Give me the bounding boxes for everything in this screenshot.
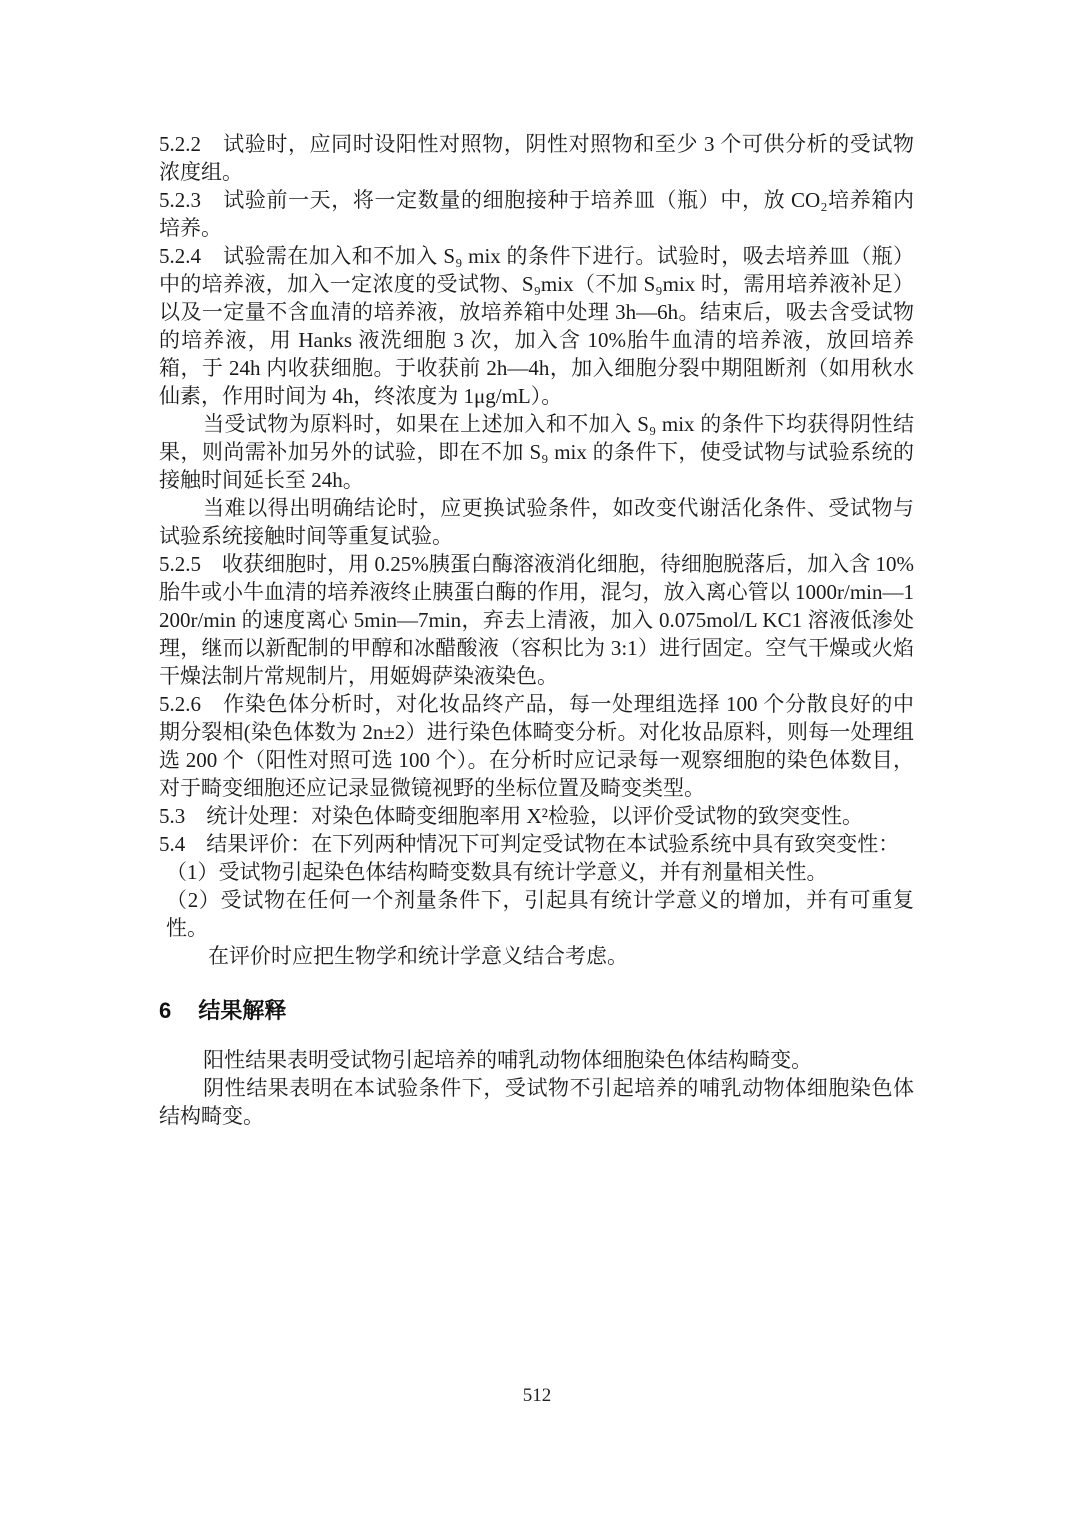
clause-5-2-4: 5.2.4 试验需在加入和不加入 S₉ mix 的条件下进行。试验时，吸去培养皿… xyxy=(159,242,914,410)
document-body: 5.2.2 试验时，应同时设阳性对照物，阴性对照物和至少 3 个可供分析的受试物… xyxy=(159,130,914,1130)
para-raw-material-note: 当受试物为原料时，如果在上述加入和不加入 S₉ mix 的条件下均获得阴性结果，… xyxy=(159,410,914,494)
clause-5-3: 5.3 统计处理：对染色体畸变细胞率用 X²检验，以评价受试物的致突变性。 xyxy=(159,802,914,830)
para-evaluation-note: 在评价时应把生物学和统计学意义结合考虑。 xyxy=(159,942,914,970)
para-positive-result: 阳性结果表明受试物引起培养的哺乳动物体细胞染色体结构畸变。 xyxy=(159,1046,914,1074)
section-6-heading: 6 结果解释 xyxy=(159,997,914,1025)
criterion-item-2: （2）受试物在任何一个剂量条件下，引起具有统计学意义的增加，并有可重复性。 xyxy=(159,886,914,942)
clause-5-2-3: 5.2.3 试验前一天，将一定数量的细胞接种于培养皿（瓶）中，放 CO₂培养箱内… xyxy=(159,186,914,242)
clause-5-4: 5.4 结果评价：在下列两种情况下可判定受试物在本试验系统中具有致突变性： xyxy=(159,830,914,858)
page-footer: 512 xyxy=(0,1383,1074,1409)
section-number: 6 xyxy=(159,997,171,1025)
section-title: 结果解释 xyxy=(198,998,286,1023)
clause-5-2-5: 5.2.5 收获细胞时，用 0.25%胰蛋白酶溶液消化细胞，待细胞脱落后，加入含… xyxy=(159,550,914,690)
clause-5-2-6: 5.2.6 作染色体分析时，对化妆品终产品，每一处理组选择 100 个分散良好的… xyxy=(159,690,914,802)
criterion-item-1: （1）受试物引起染色体结构畸变数具有统计学意义，并有剂量相关性。 xyxy=(159,858,914,886)
para-unclear-conclusion: 当难以得出明确结论时，应更换试验条件，如改变代谢活化条件、受试物与试验系统接触时… xyxy=(159,494,914,550)
para-negative-result: 阴性结果表明在本试验条件下，受试物不引起培养的哺乳动物体细胞染色体结构畸变。 xyxy=(159,1074,914,1130)
clause-5-2-2: 5.2.2 试验时，应同时设阳性对照物，阴性对照物和至少 3 个可供分析的受试物… xyxy=(159,130,914,186)
page-number: 512 xyxy=(523,1385,552,1406)
